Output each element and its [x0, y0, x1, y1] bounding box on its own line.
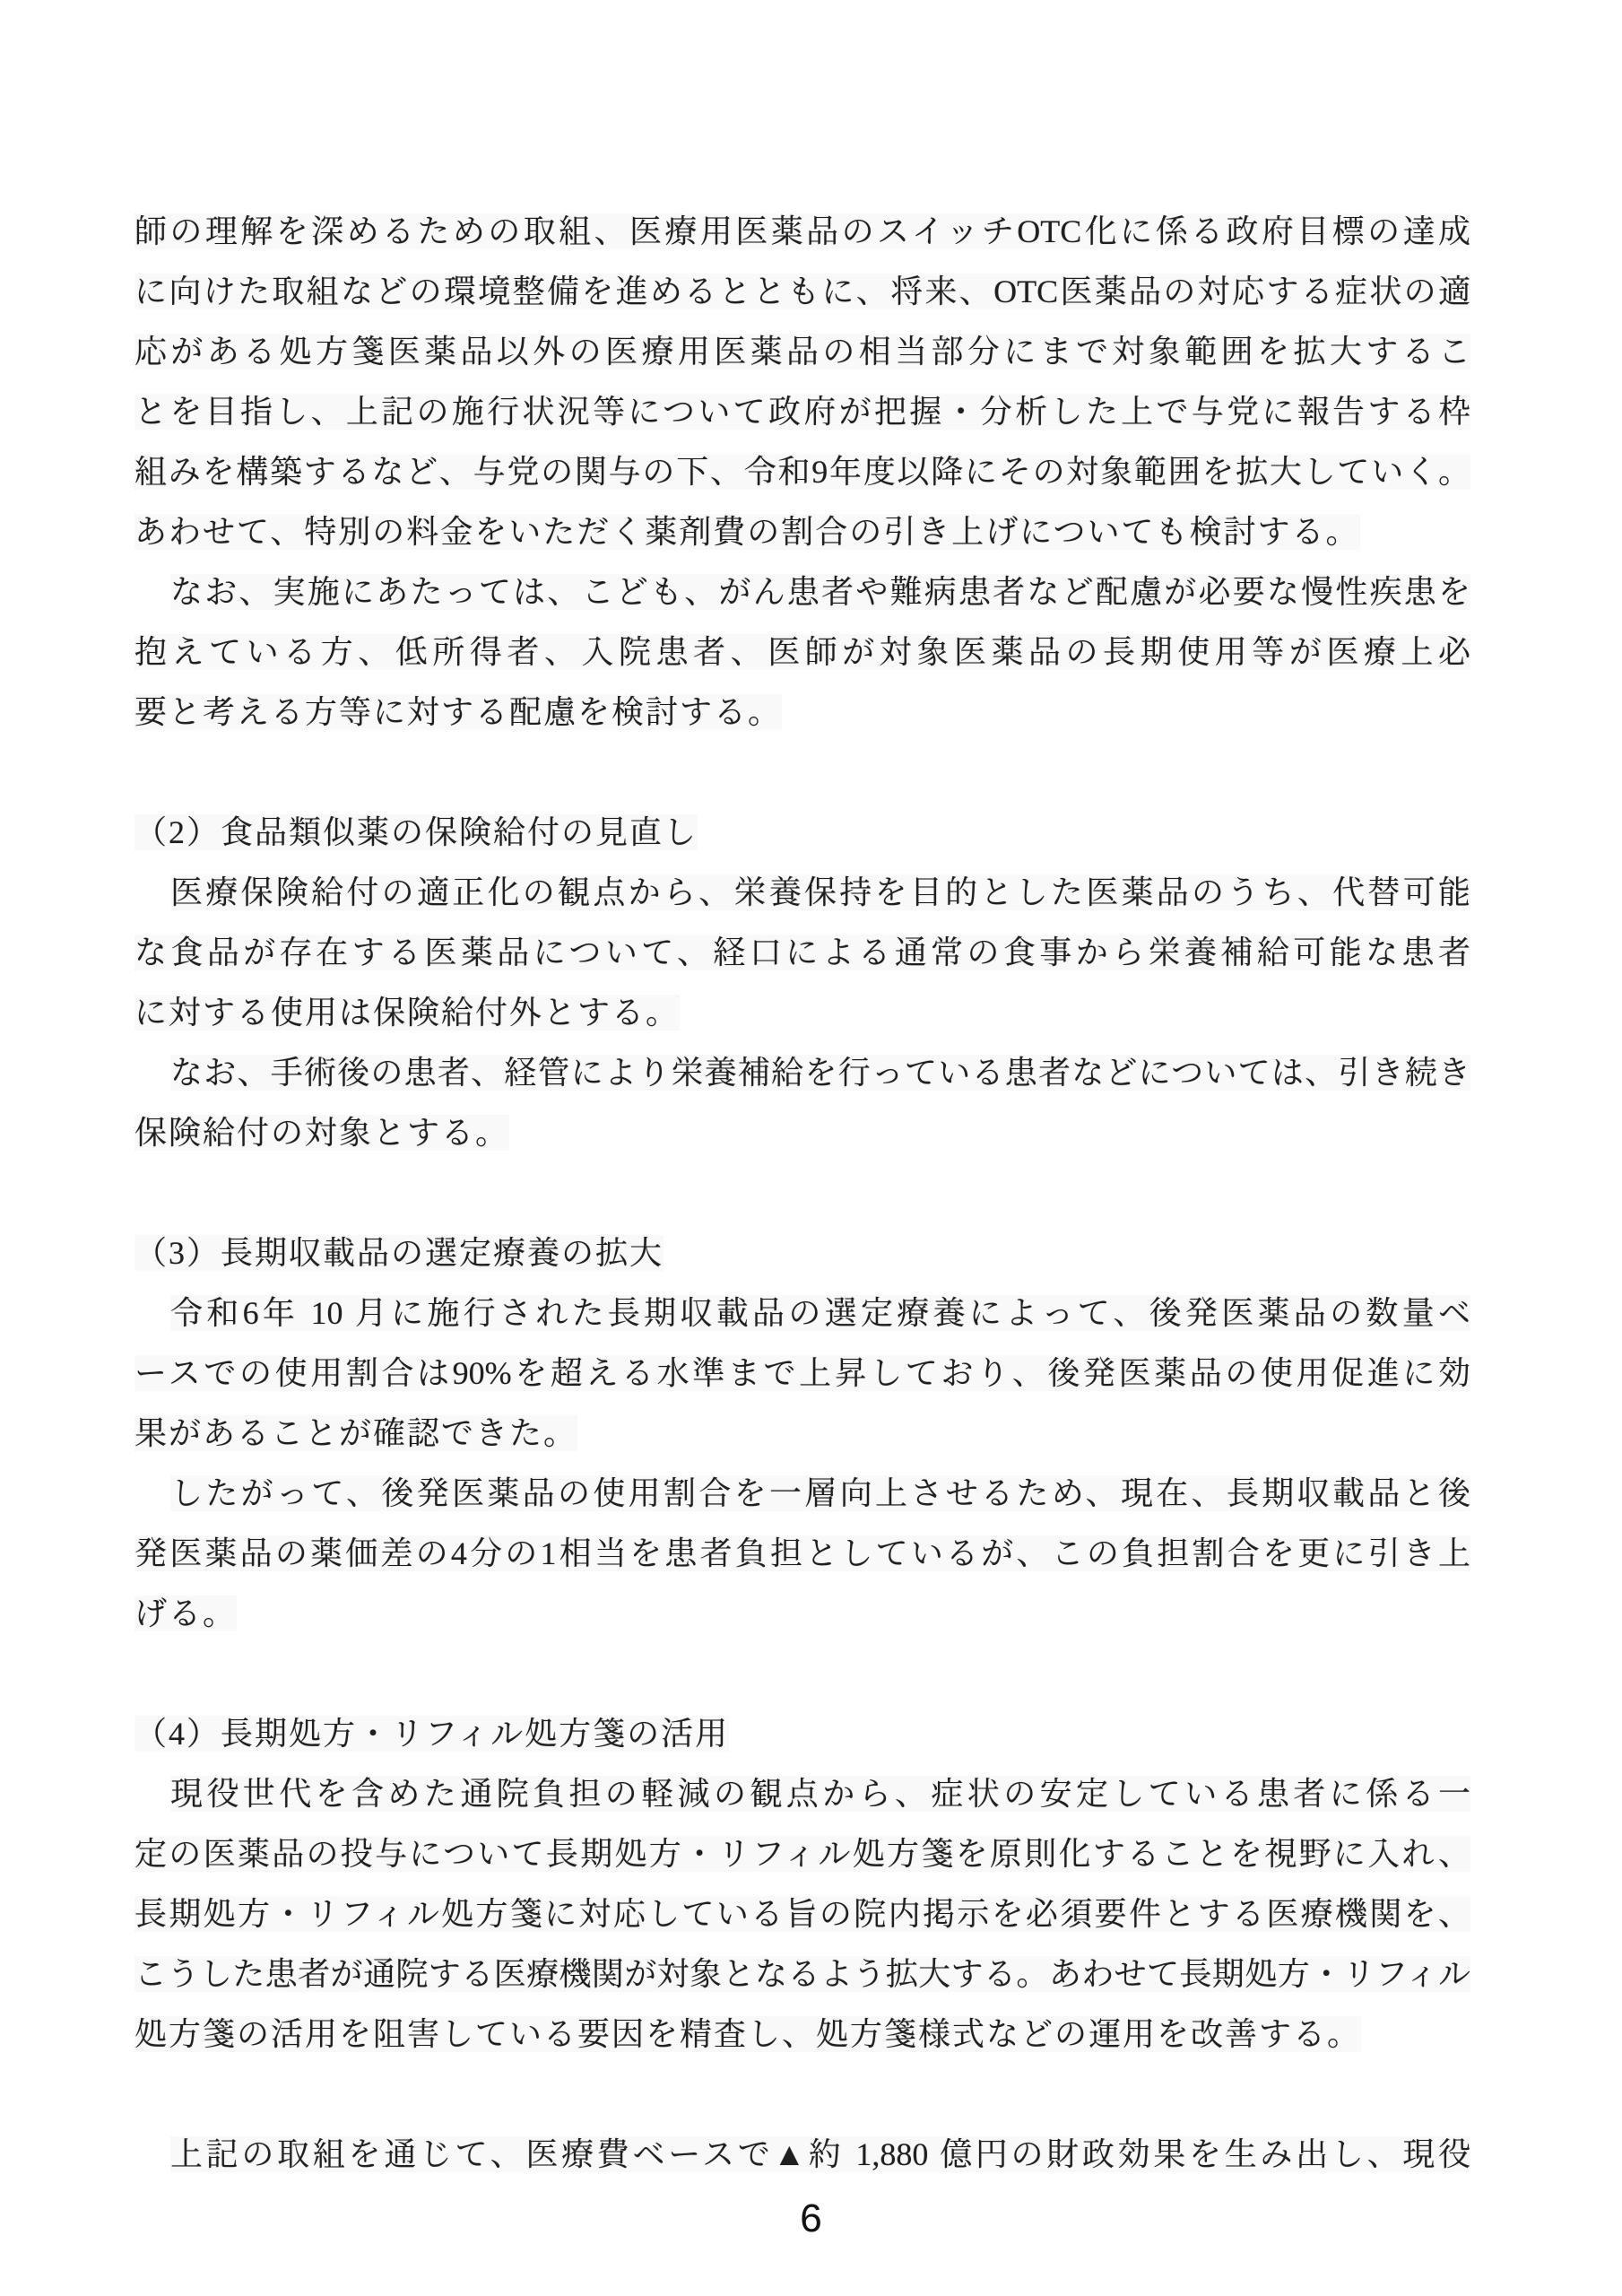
line-text: 応がある処方箋医薬品以外の医療用医薬品の相当部分にまで対象範囲を拡大するこ — [134, 334, 1470, 370]
text-line: 令和6年 10 月に施行された長期収載品の選定療養によって、後発医薬品の数量ベ — [134, 1283, 1470, 1344]
line-text: （4）長期処方・リフィル処方箋の活用 — [134, 1716, 729, 1752]
line-text: 現役世代を含めた通院負担の軽減の観点から、症状の安定している患者に係る一 — [170, 1776, 1470, 1812]
section-heading: （2）食品類似薬の保険給付の見直し — [134, 803, 1470, 863]
line-text: （3）長期収載品の選定療養の拡大 — [134, 1235, 664, 1271]
text-line: 発医薬品の薬価差の4分の1相当を患者負担としているが、この負担割合を更に引き上 — [134, 1524, 1470, 1584]
text-line: 組みを構築するなど、与党の関与の下、令和9年度以降にその対象範囲を拡大していく。 — [134, 442, 1470, 502]
line-text: あわせて、特別の料金をいただく薬剤費の割合の引き上げについても検討する。 — [134, 514, 1360, 550]
line-text: 果があることが確認できた。 — [134, 1415, 577, 1451]
text-line: 長期処方・リフィル処方箋に対応している旨の院内掲示を必須要件とする医療機関を、 — [134, 1884, 1470, 1944]
text-line: 応がある処方箋医薬品以外の医療用医薬品の相当部分にまで対象範囲を拡大するこ — [134, 322, 1470, 382]
line-text: 組みを構築するなど、与党の関与の下、令和9年度以降にその対象範囲を拡大していく。 — [134, 454, 1470, 490]
line-text: 医療保険給付の適正化の観点から、栄養保持を目的とした医薬品のうち、代替可能 — [170, 874, 1470, 910]
text-line: 保険給付の対象とする。 — [134, 1103, 1470, 1163]
line-text: こうした患者が通院する医療機関が対象となるよう拡大する。あわせて長期処方・リフィ… — [134, 1956, 1470, 1992]
text-line: 抱えている方、低所得者、入院患者、医師が対象医薬品の長期使用等が医療上必 — [134, 622, 1470, 683]
line-text: 処方箋の活用を阻害している要因を精査し、処方箋様式などの運用を改善する。 — [134, 2016, 1361, 2052]
text-line: 上記の取組を通じて、医療費ベースで▲約 1,880 億円の財政効果を生み出し、現… — [134, 2125, 1470, 2185]
scanned-document-page: 師の理解を深めるための取組、医療用医薬品のスイッチOTC化に係る政府目標の達成に… — [0, 0, 1622, 2296]
text-line: 果があることが確認できた。 — [134, 1404, 1470, 1464]
text-line: げる。 — [134, 1584, 1470, 1644]
text-line: こうした患者が通院する医療機関が対象となるよう拡大する。あわせて長期処方・リフィ… — [134, 1944, 1470, 2005]
line-text: 定の医薬品の投与について長期処方・リフィル処方箋を原則化することを視野に入れ、 — [134, 1836, 1470, 1872]
text-line: ースでの使用割合は90%を超える水準まで上昇しており、後発医薬品の使用促進に効 — [134, 1344, 1470, 1404]
line-text: 抱えている方、低所得者、入院患者、医師が対象医薬品の長期使用等が医療上必 — [134, 634, 1470, 670]
section-heading: （3）長期収載品の選定療養の拡大 — [134, 1223, 1470, 1283]
line-text: （2）食品類似薬の保険給付の見直し — [134, 814, 698, 850]
line-text: 発医薬品の薬価差の4分の1相当を患者負担としているが、この負担割合を更に引き上 — [134, 1535, 1470, 1571]
line-text: 保険給付の対象とする。 — [134, 1115, 509, 1151]
line-text: 上記の取組を通じて、医療費ベースで▲約 1,880 億円の財政効果を生み出し、現… — [170, 2136, 1470, 2172]
text-line: 処方箋の活用を阻害している要因を精査し、処方箋様式などの運用を改善する。 — [134, 2005, 1470, 2065]
text-line: な食品が存在する医薬品について、経口による通常の食事から栄養補給可能な患者 — [134, 923, 1470, 983]
line-text: 師の理解を深めるための取組、医療用医薬品のスイッチOTC化に係る政府目標の達成 — [134, 213, 1470, 249]
text-line: 現役世代を含めた通院負担の軽減の観点から、症状の安定している患者に係る一 — [134, 1764, 1470, 1824]
page-number: 6 — [0, 2192, 1622, 2246]
text-line: 師の理解を深めるための取組、医療用医薬品のスイッチOTC化に係る政府目標の達成 — [134, 202, 1470, 262]
text-line: したがって、後発医薬品の使用割合を一層向上させるため、現在、長期収載品と後 — [134, 1464, 1470, 1524]
text-line: なお、手術後の患者、経管により栄養補給を行っている患者などについては、引き続き — [134, 1043, 1470, 1103]
line-text: ースでの使用割合は90%を超える水準まで上昇しており、後発医薬品の使用促進に効 — [134, 1355, 1470, 1391]
text-line: とを目指し、上記の施行状況等について政府が把握・分析した上で与党に報告する枠 — [134, 382, 1470, 442]
text-line: あわせて、特別の料金をいただく薬剤費の割合の引き上げについても検討する。 — [134, 502, 1470, 562]
line-text: に向けた取組などの環境整備を進めるとともに、将来、OTC医薬品の対応する症状の適 — [134, 274, 1470, 309]
line-text: 要と考える方等に対する配慮を検討する。 — [134, 694, 782, 730]
line-text: な食品が存在する医薬品について、経口による通常の食事から栄養補給可能な患者 — [134, 935, 1470, 970]
text-line: 定の医薬品の投与について長期処方・リフィル処方箋を原則化することを視野に入れ、 — [134, 1824, 1470, 1884]
text-line: なお、実施にあたっては、こども、がん患者や難病患者など配慮が必要な慢性疾患を — [134, 562, 1470, 622]
line-text: なお、手術後の患者、経管により栄養補給を行っている患者などについては、引き続き — [170, 1055, 1470, 1091]
line-text: なお、実施にあたっては、こども、がん患者や難病患者など配慮が必要な慢性疾患を — [170, 574, 1470, 610]
text-line: に対する使用は保険給付外とする。 — [134, 983, 1470, 1043]
line-text: に対する使用は保険給付外とする。 — [134, 995, 680, 1031]
line-text: したがって、後発医薬品の使用割合を一層向上させるため、現在、長期収載品と後 — [170, 1475, 1470, 1511]
line-text: 長期処方・リフィル処方箋に対応している旨の院内掲示を必須要件とする医療機関を、 — [134, 1896, 1470, 1932]
text-line: 医療保険給付の適正化の観点から、栄養保持を目的とした医薬品のうち、代替可能 — [134, 863, 1470, 923]
line-text: とを目指し、上記の施行状況等について政府が把握・分析した上で与党に報告する枠 — [134, 394, 1470, 430]
section-heading: （4）長期処方・リフィル処方箋の活用 — [134, 1704, 1470, 1764]
document-body: 師の理解を深めるための取組、医療用医薬品のスイッチOTC化に係る政府目標の達成に… — [134, 202, 1470, 2185]
line-text: げる。 — [134, 1596, 237, 1631]
line-text: 令和6年 10 月に施行された長期収載品の選定療養によって、後発医薬品の数量ベ — [170, 1295, 1470, 1331]
text-line: に向けた取組などの環境整備を進めるとともに、将来、OTC医薬品の対応する症状の適 — [134, 262, 1470, 322]
text-line: 要と考える方等に対する配慮を検討する。 — [134, 683, 1470, 743]
